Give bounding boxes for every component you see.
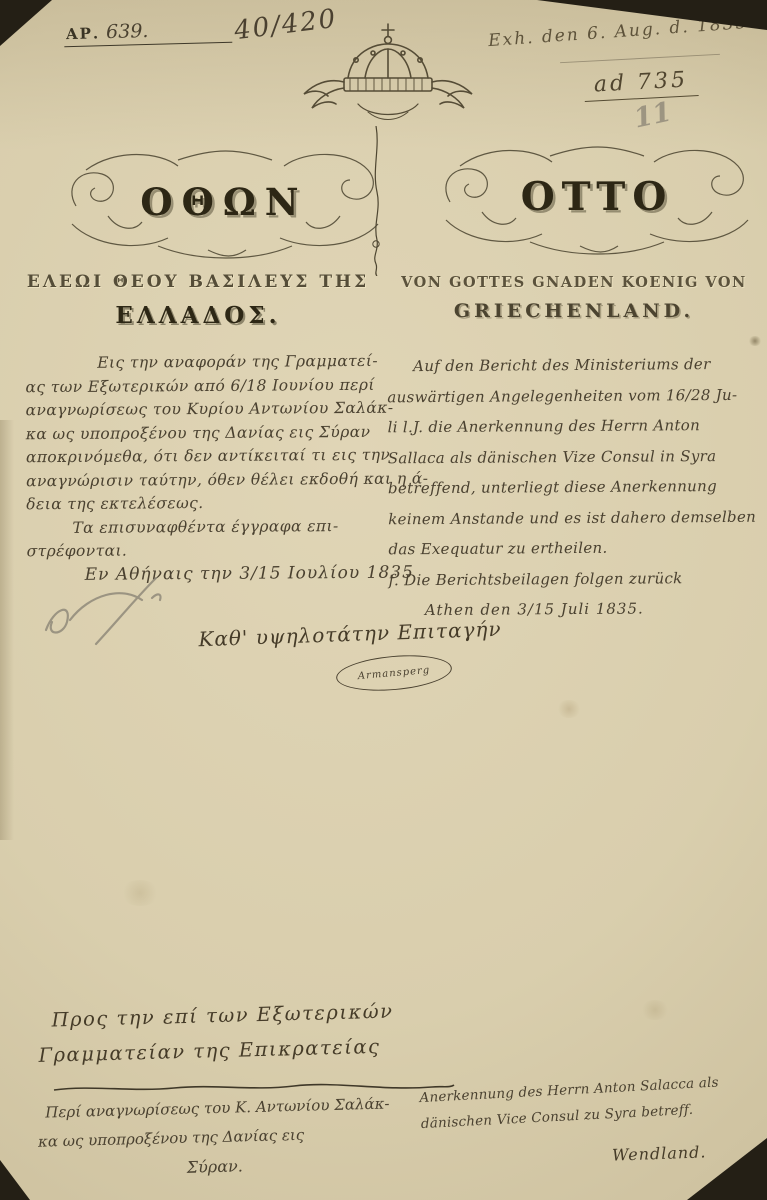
greek-name-cartouche: ΟΘΩΝ	[58, 146, 390, 272]
address-line: Γραμματείαν της Επικρατείας	[38, 1035, 394, 1067]
by-royal-command-line: Καθ' υψηλοτάτην Επιταγήν	[182, 616, 519, 652]
scan-corner	[0, 1160, 30, 1200]
text-line: Auf den Bericht des Ministeriums der	[387, 349, 759, 382]
text-line: auswärtigen Angelegenheiten vom 16/28 Ju…	[387, 379, 759, 412]
stain	[640, 1000, 670, 1020]
greek-body-text: Εις την αναφοράν της Γραμματεί- ας των Ε…	[25, 350, 385, 587]
royal-crown-icon	[298, 20, 478, 124]
text-line: αποκρινόμεθα, ότι δεν αντίκειταί τι εις …	[26, 444, 384, 470]
text-line: αναγνωρίσεως του Κυρίου Αντωνίου Σαλάκ-	[26, 397, 384, 423]
subject-block: Περί αναγνωρίσεως του Κ. Αντωνίου Σαλάκ-…	[45, 1090, 391, 1187]
text-line: δεια της εκτελέσεως.	[26, 491, 384, 517]
royal-name-greek: ΟΘΩΝ	[58, 180, 390, 224]
german-body-text: Auf den Bericht des Ministeriums der aus…	[387, 349, 761, 626]
text-line: Sallaca als dänischen Vize Consul in Syr…	[388, 440, 760, 473]
registry-number-value: 639.	[106, 20, 149, 43]
text-line: στρέφονται.	[26, 538, 384, 564]
text-line: κα ως υποπροξένου της Δανίας εις Σύραν	[26, 420, 384, 446]
german-title-line2: GRIECHENLAND.	[388, 300, 760, 322]
filing-number: ad 735	[583, 67, 699, 102]
text-line: αναγνώρισιν ταύτην, όθεν θέλει εκδοθή κα…	[26, 467, 384, 493]
stain	[748, 336, 762, 346]
greek-title-line1: ΕΛΕΩΙ ΘΕΟΥ ΒΑΣΙΛΕΥΣ ΤΗΣ	[12, 272, 384, 292]
german-docket-block: Anerkennung des Herrn Anton Salacca als …	[419, 1067, 767, 1137]
subject-line: Σύραν.	[186, 1147, 391, 1182]
armansperg-stamp: Armansperg	[335, 651, 454, 695]
greek-royal-title: ΕΛΕΩΙ ΘΕΟΥ ΒΑΣΙΛΕΥΣ ΤΗΣ ΕΛΛΑΔΟΣ.	[12, 272, 384, 329]
registry-number: ΑΡ.639.	[64, 18, 233, 47]
german-name-cartouche: OTTO	[434, 140, 760, 266]
stamp-signature: Armansperg	[357, 664, 430, 681]
german-title-line1: VON GOTTES GNADEN KOENIG VON	[388, 274, 760, 291]
stain	[556, 700, 582, 718]
address-block: Προς την επί των Εξωτερικών Γραμματείαν …	[51, 1000, 394, 1067]
document-page: ΑΡ.639. 40/420 Exh. den 6. Aug. d. 1835 …	[0, 0, 767, 1200]
registry-number-label: ΑΡ.	[66, 24, 101, 43]
text-line: Τα επισυναφθέντα έγγραφα επι-	[26, 514, 384, 540]
text-line: das Exequatur zu ertheilen.	[388, 532, 760, 565]
text-line: ας των Εξωτερικών από 6/18 Ιουνίου περί	[25, 373, 383, 399]
greek-title-line2: ΕΛΛΑΔΟΣ.	[12, 302, 384, 329]
german-royal-title: VON GOTTES GNADEN KOENIG VON GRIECHENLAN…	[388, 274, 760, 322]
pencil-scribble	[34, 572, 179, 654]
royal-name-german: OTTO	[434, 174, 760, 220]
wendland-signature: Wendland.	[612, 1142, 707, 1164]
address-line: Προς την επί των Εξωτερικών	[51, 1000, 393, 1032]
text-line: betreffend, unterliegt diese Anerkennung	[388, 471, 760, 504]
text-line: keinem Anstande und es ist dahero demsel…	[388, 501, 760, 534]
stain	[120, 880, 160, 906]
text-line: f. Die Berichtsbeilagen folgen zurück	[389, 562, 761, 595]
fold-shadow	[0, 420, 14, 840]
text-line: Εις την αναφοράν της Γραμματεί-	[25, 350, 383, 376]
text-line: li l.J. die Anerkennung des Herrn Anton	[387, 410, 759, 443]
